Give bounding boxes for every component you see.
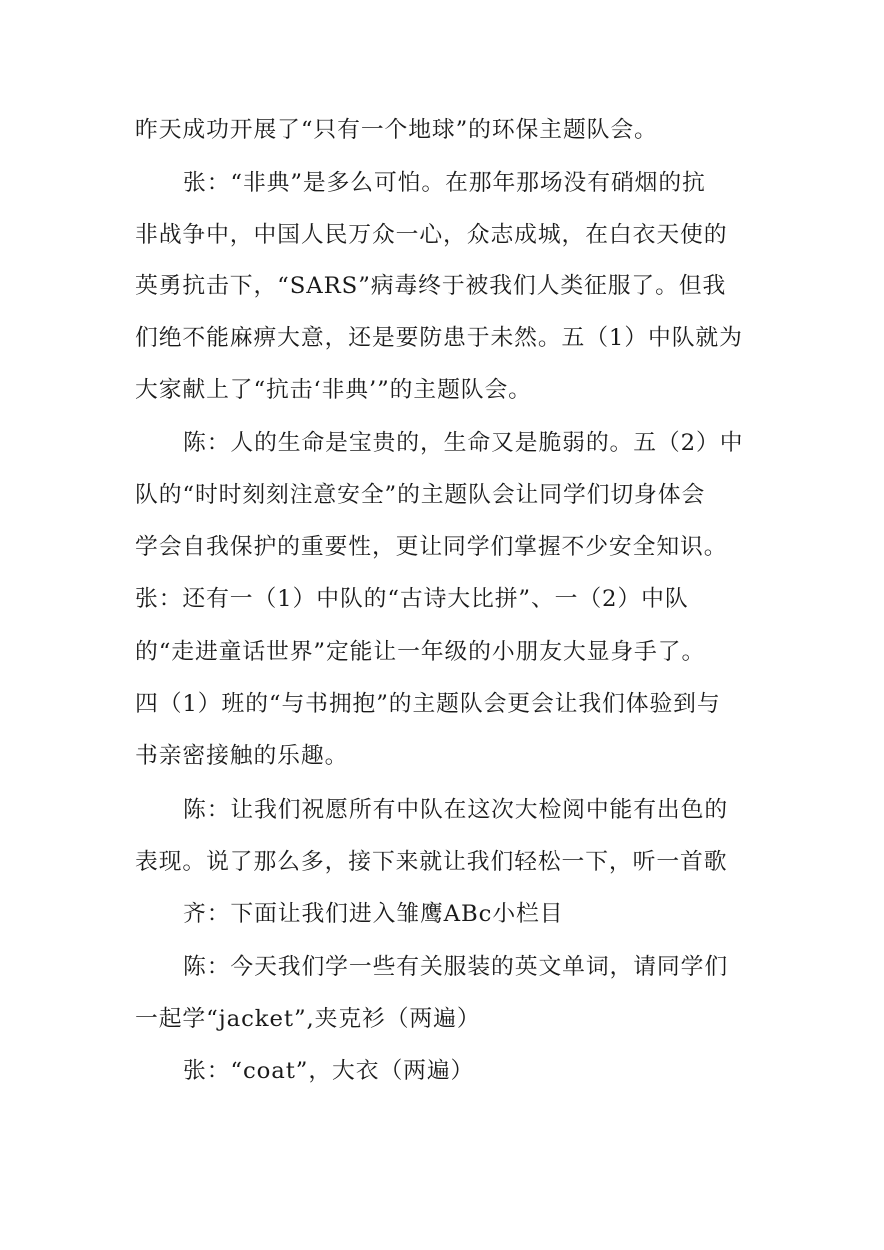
text-line: 齐：下面让我们进入雏鹰ABc小栏目 — [183, 899, 803, 929]
text-line: 陈：今天我们学一些有关服装的英文单词，请同学们 — [183, 952, 803, 982]
text-line: 昨天成功开展了“只有一个地球”的环保主题队会。 — [135, 115, 755, 145]
text-line: 一起学“jacket”,夹克衫（两遍） — [135, 1004, 755, 1034]
text-line: 表现。说了那么多，接下来就让我们轻松一下，听一首歌 — [135, 847, 755, 877]
text-line: 陈：让我们祝愿所有中队在这次大检阅中能有出色的 — [183, 795, 803, 825]
text-line: 大家献上了“抗击‘非典’”的主题队会。 — [135, 375, 755, 405]
text-line: 学会自我保护的重要性，更让同学们掌握不少安全知识。 — [135, 532, 755, 562]
text-line: 书亲密接触的乐趣。 — [135, 741, 755, 771]
text-line: 队的“时时刻刻注意安全”的主题队会让同学们切身体会 — [135, 480, 755, 510]
text-line: 陈：人的生命是宝贵的，生命又是脆弱的。五（2）中 — [183, 428, 803, 458]
text-line: 非战争中，中国人民万众一心，众志成城，在白衣天使的 — [135, 220, 755, 250]
document-page: 昨天成功开展了“只有一个地球”的环保主题队会。 张：“非典”是多么可怕。在那年那… — [0, 0, 884, 1250]
text-line: 四（1）班的“与书拥抱”的主题队会更会让我们体验到与 — [135, 689, 755, 719]
text-line: 英勇抗击下，“SARS”病毒终于被我们人类征服了。但我 — [135, 271, 755, 301]
text-line: 张：还有一（1）中队的“古诗大比拼”、一（2）中队 — [135, 584, 755, 614]
text-line: 的“走进童话世界”定能让一年级的小朋友大显身手了。 — [135, 637, 755, 667]
text-line: 张：“coat”，大衣（两遍） — [183, 1056, 803, 1086]
text-line: 们绝不能麻痹大意，还是要防患于未然。五（1）中队就为 — [135, 323, 755, 353]
text-line: 张：“非典”是多么可怕。在那年那场没有硝烟的抗 — [183, 168, 803, 198]
